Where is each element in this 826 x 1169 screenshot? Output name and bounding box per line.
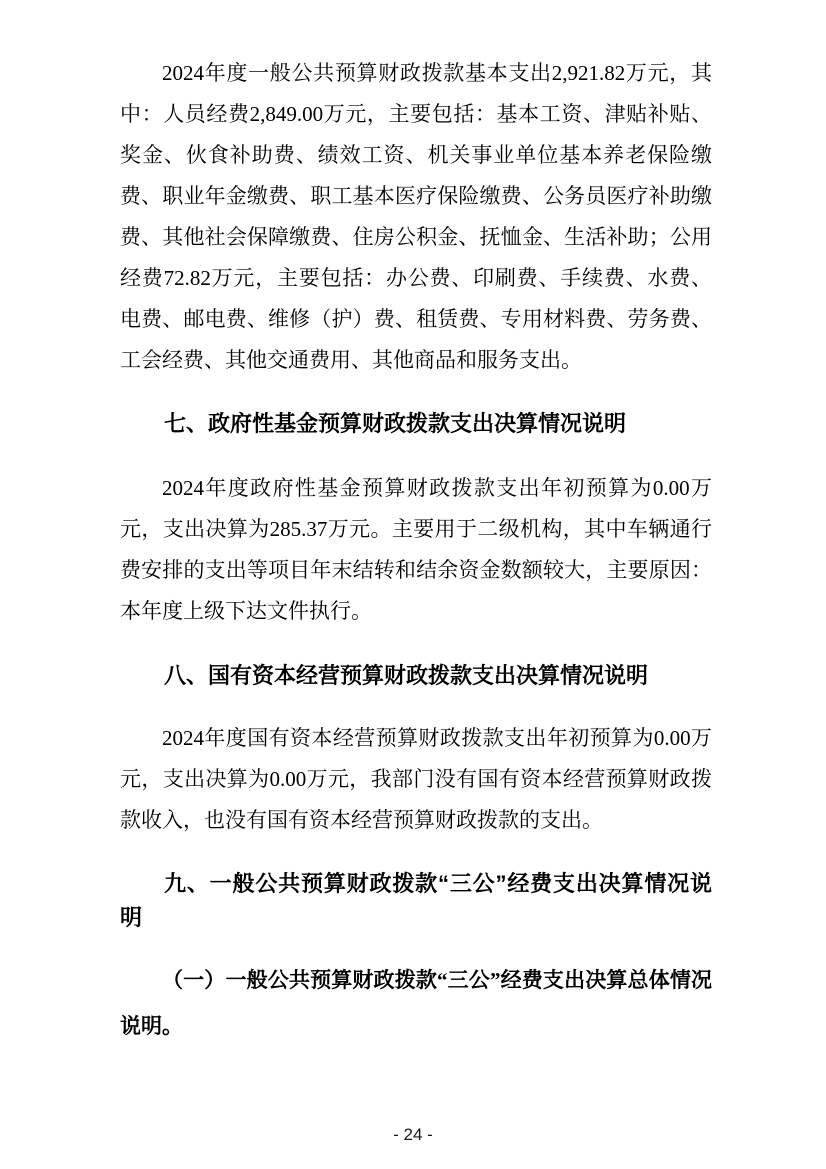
page-number: - 24 - xyxy=(0,1124,826,1146)
paragraph-basic-expenditure: 2024年度一般公共预算财政拨款基本支出2,921.82万元，其中：人员经费2,… xyxy=(120,53,712,381)
subheading-section-nine-one: （一）一般公共预算财政拨款“三公”经费支出决算总体情况说明。 xyxy=(120,957,712,1049)
heading-section-seven: 七、政府性基金预算财政拨款支出决算情况说明 xyxy=(120,407,712,441)
heading-section-nine: 九、一般公共预算财政拨款“三公”经费支出决算情况说明 xyxy=(120,867,712,935)
document-body: 2024年度一般公共预算财政拨款基本支出2,921.82万元，其中：人员经费2,… xyxy=(120,53,712,1049)
paragraph-section-seven: 2024年度政府性基金预算财政拨款支出年初预算为0.00万元，支出决算为285.… xyxy=(120,468,712,632)
heading-section-eight: 八、国有资本经营预算财政拨款支出决算情况说明 xyxy=(120,659,712,693)
document-page: 2024年度一般公共预算财政拨款基本支出2,921.82万元，其中：人员经费2,… xyxy=(0,0,826,1169)
paragraph-section-eight: 2024年度国有资本经营预算财政拨款支出年初预算为0.00万元，支出决算为0.0… xyxy=(120,718,712,841)
